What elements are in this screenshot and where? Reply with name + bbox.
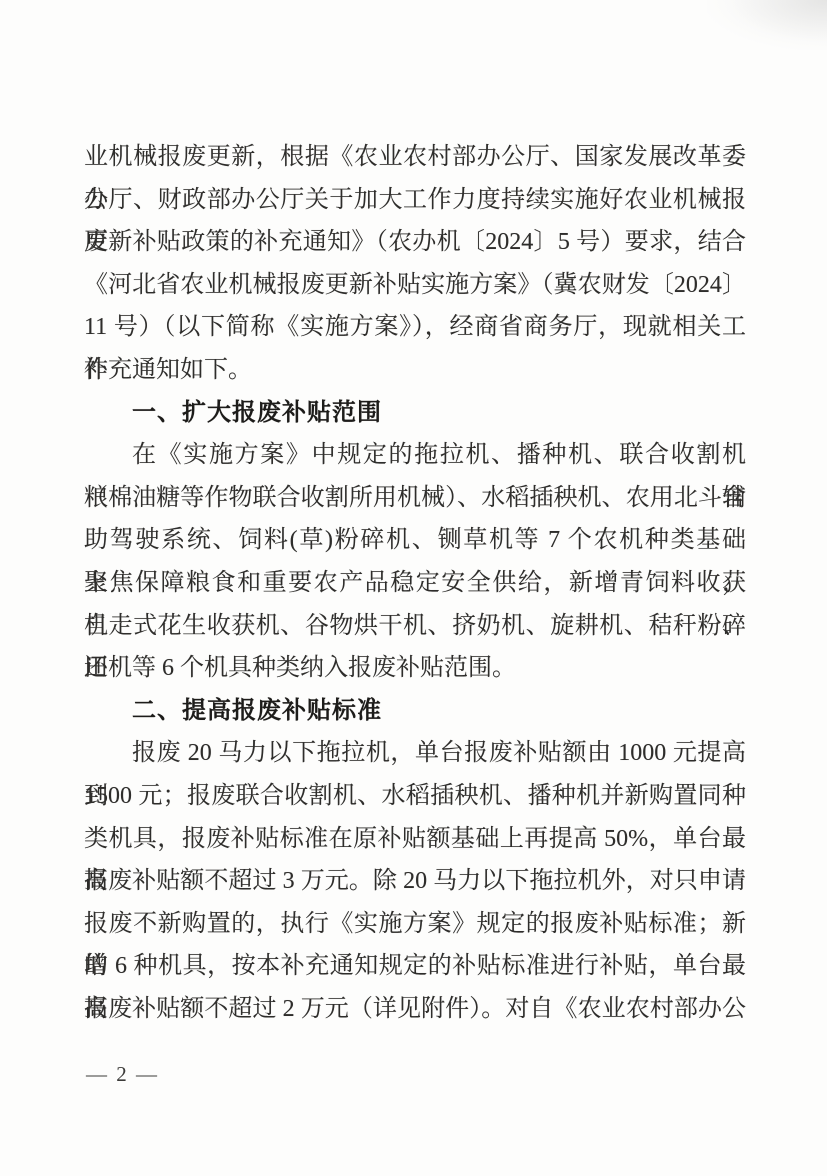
body-line: 补充通知如下。	[84, 349, 746, 392]
body-line: 业机械报废更新，根据《农业农村部办公厅、国家发展改革委办	[84, 136, 746, 179]
body-line: 报废补贴额不超过 2 万元（详见附件）。对自《农业农村部办公	[84, 988, 746, 1031]
body-line: 自走式花生收获机、谷物烘干机、挤奶机、旋耕机、秸秆粉碎还	[84, 605, 746, 648]
page-number: — 2 —	[86, 1059, 159, 1089]
body-line: 《河北省农业机械报废更新补贴实施方案》（冀农财发〔2024〕	[84, 264, 746, 307]
scan-shadow	[707, 0, 827, 50]
section-1-heading: 一、扩大报废补贴范围	[84, 392, 746, 435]
document-body: 业机械报废更新，根据《农业农村部办公厅、国家发展改革委办 公厅、财政部办公厅关于…	[84, 136, 746, 1030]
body-line: 报废补贴额不超过 3 万元。除 20 马力以下拖拉机外，对只申请	[84, 860, 746, 903]
body-line: 报废 20 马力以下拖拉机，单台报废补贴额由 1000 元提高到	[84, 732, 746, 775]
body-line: 类机具，报废补贴标准在原补贴额基础上再提高 50%，单台最高	[84, 818, 746, 861]
body-line: 聚焦保障粮食和重要农产品稳定安全供给，新增青饲料收获机、	[84, 562, 746, 605]
body-line: 公厅、财政部办公厅关于加大工作力度持续实施好农业机械报废	[84, 179, 746, 222]
body-line: 在《实施方案》中规定的拖拉机、播种机、联合收割机（含	[84, 434, 746, 477]
body-line: 1500 元；报废联合收割机、水稻插秧机、播种机并新购置同种	[84, 775, 746, 818]
body-line: 田机等 6 个机具种类纳入报废补贴范围。	[84, 647, 746, 690]
body-line: 的 6 种机具，按本补充通知规定的补贴标准进行补贴，单台最高	[84, 945, 746, 988]
body-line: 更新补贴政策的补充通知》（农办机〔2024〕5 号）要求，结合	[84, 221, 746, 264]
section-2-heading: 二、提高报废补贴标准	[84, 690, 746, 733]
body-line: 粮棉油糖等作物联合收割所用机械）、水稻插秧机、农用北斗辅	[84, 477, 746, 520]
body-line: 11 号）（以下简称《实施方案》），经商省商务厅，现就相关工作	[84, 306, 746, 349]
body-line: 助驾驶系统、饲料(草)粉碎机、铡草机等 7 个农机种类基础上，	[84, 519, 746, 562]
document-page: 业机械报废更新，根据《农业农村部办公厅、国家发展改革委办 公厅、财政部办公厅关于…	[0, 0, 827, 1176]
body-line: 报废不新购置的，执行《实施方案》规定的报废补贴标准；新增	[84, 903, 746, 946]
